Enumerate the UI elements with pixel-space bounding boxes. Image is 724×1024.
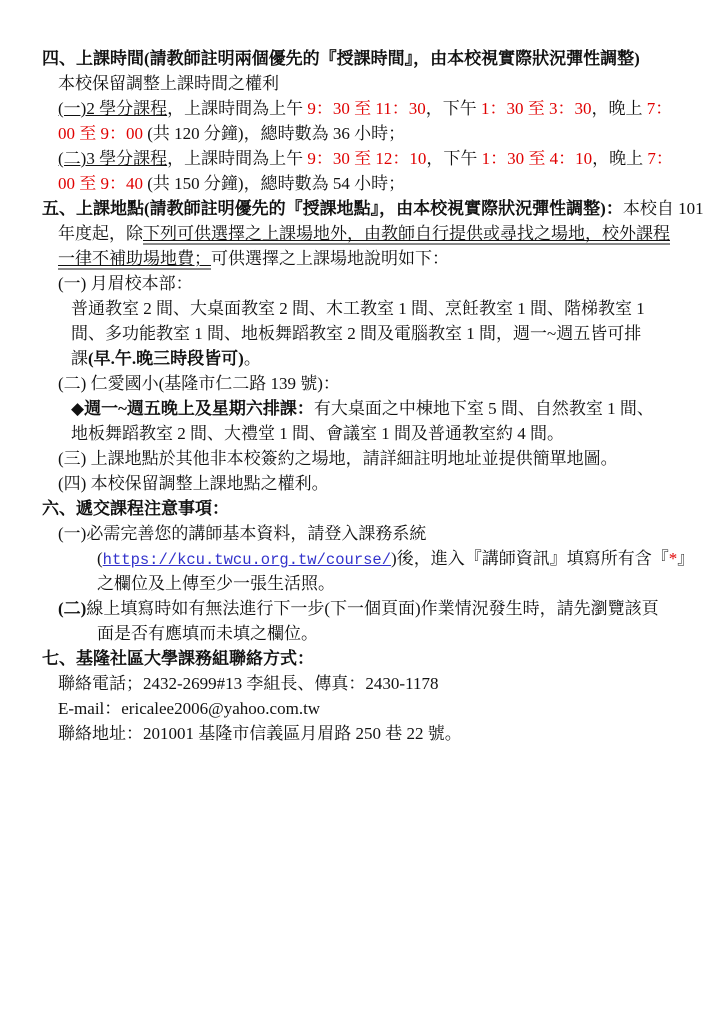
item-2-credit-line2: 00 至 9：00 (共 120 分鐘)，總時數為 36 小時； [58, 121, 724, 146]
text-run: 線上填寫時如有無法進行下一步(下一個頁面)作業情況發生時，請先瀏覽該頁 [86, 599, 658, 618]
section-4-heading: 四、上課時間(請教師註明兩個優先的『授課時間』，由本校視實際狀況彈性調整) [42, 46, 724, 71]
note-1-line3: 之欄位及上傳至少一張生活照。 [97, 571, 724, 596]
location-1-heading: (一) 月眉校本部： [58, 271, 724, 296]
section-5-line2: 年度起，除下列可供選擇之上課場地外，由教師自行提供或尋找之場地，校外課程 [58, 221, 724, 246]
location-2-heading: (二) 仁愛國小(基隆市仁二路 139 號)： [58, 371, 724, 396]
section-5-heading: 五、上課地點(請教師註明優先的『授課地點』，由本校視實際狀況彈性調整)：本校自 … [42, 196, 724, 221]
text-run: ，下午 [426, 149, 481, 168]
text-run: (一)必需完善您的講師基本資料，請登入課務系統 [58, 524, 426, 543]
text-run: (共 150 分鐘)，總時數為 54 小時； [143, 174, 405, 193]
text-run: (共 120 分鐘)，總時數為 36 小時； [143, 124, 405, 143]
note-1-line2: (https://kcu.twcu.org.tw/course/)後，進入『講師… [97, 546, 724, 571]
note-1-line1: (一)必需完善您的講師基本資料，請登入課務系統 [58, 521, 724, 546]
document-body: 四、上課時間(請教師註明兩個優先的『授課時間』，由本校視實際狀況彈性調整)本校保… [0, 46, 724, 746]
text-run: 七、基隆社區大學課務組聯絡方式： [42, 649, 314, 668]
text-run: 00 至 9：00 [58, 124, 143, 143]
text-run: (二) [58, 599, 86, 618]
text-run: 有大桌面之中棟地下室 5 間、自然教室 1 間、 [314, 399, 654, 418]
section-5-line3: 一律不補助場地費；可供選擇之上課場地說明如下： [58, 246, 724, 271]
location-3: (三) 上課地點於其他非本校簽約之場地，請詳細註明地址並提供簡單地圖。 [58, 446, 724, 471]
contact-phone: 聯絡電話；2432-2699#13 李組長、傳真：2430-1178 [58, 671, 724, 696]
course-system-link[interactable]: https://kcu.twcu.org.tw/course/ [103, 551, 391, 569]
text-run: 四、上課時間(請教師註明兩個優先的『授課時間』，由本校視實際狀況彈性調整) [42, 49, 640, 68]
text-run: (四) 本校保留調整上課地點之權利。 [58, 474, 329, 493]
note-2-line1: (二)線上填寫時如有無法進行下一步(下一個頁面)作業情況發生時，請先瀏覽該頁 [58, 596, 724, 621]
text-run: 六、遞交課程注意事項： [42, 499, 229, 518]
text-run: 普通教室 2 間、大桌面教室 2 間、木工教室 1 間、烹飪教室 1 間、階梯教… [71, 299, 645, 318]
text-run: ，晚上 [591, 99, 646, 118]
text-run: 1：30 至 4：10 [482, 149, 593, 168]
text-run: 間、多功能教室 1 間、地板舞蹈教室 2 間及電腦教室 1 間，週一~週五皆可排 [71, 324, 641, 343]
item-3-credit-line1: (二)3 學分課程，上課時間為上午 9：30 至 12：10，下午 1：30 至… [58, 146, 724, 171]
text-run: 』 [677, 549, 694, 568]
text-run: 7： [647, 99, 673, 118]
text-run: 1：30 至 3：30 [481, 99, 592, 118]
text-run: 聯絡電話；2432-2699#13 李組長、傳真：2430-1178 [58, 674, 438, 693]
location-1-line3: 課(早.午.晚三時段皆可)。 [71, 346, 724, 371]
text-run: 9：30 至 12：10 [307, 149, 426, 168]
text-run: 面是否有應填而未填之欄位。 [97, 624, 318, 643]
section-4-intro: 本校保留調整上課時間之權利 [58, 71, 724, 96]
text-run: 下列可供選擇之上課場地外，由教師自行提供或尋找之場地，校外課程 [143, 224, 670, 245]
text-run: ◆週一~週五晚上及星期六排課： [71, 399, 314, 418]
text-run: (二) 仁愛國小(基隆市仁二路 139 號)： [58, 374, 340, 393]
location-1-line1: 普通教室 2 間、大桌面教室 2 間、木工教室 1 間、烹飪教室 1 間、階梯教… [71, 296, 724, 321]
text-run: 聯絡地址：201001 基隆市信義區月眉路 250 巷 22 號。 [58, 724, 462, 743]
contact-address: 聯絡地址：201001 基隆市信義區月眉路 250 巷 22 號。 [58, 721, 724, 746]
location-2-line2: 地板舞蹈教室 2 間、大禮堂 1 間、會議室 1 間及普通教室約 4 間。 [71, 421, 724, 446]
text-run: (早.午.晚三時段皆可) [88, 349, 244, 368]
text-run: (一) 月眉校本部： [58, 274, 193, 293]
text-run: ，上課時間為上午 [167, 99, 307, 118]
text-run: 可供選擇之上課場地說明如下： [211, 249, 449, 268]
location-4: (四) 本校保留調整上課地點之權利。 [58, 471, 724, 496]
text-run: 本校保留調整上課時間之權利 [58, 74, 279, 93]
text-run: 。 [244, 349, 261, 368]
text-run: 地板舞蹈教室 2 間、大禮堂 1 間、會議室 1 間及普通教室約 4 間。 [71, 424, 564, 443]
text-run: 課 [71, 349, 88, 368]
text-run: 年度起，除 [58, 224, 143, 243]
text-run: 00 至 9：40 [58, 174, 143, 193]
text-run: E-mail：ericalee2006@yahoo.com.tw [58, 699, 320, 718]
text-run: ，上課時間為上午 [167, 149, 307, 168]
text-run: 本校自 101 [623, 199, 704, 218]
text-run: ，下午 [426, 99, 481, 118]
note-2-line2: 面是否有應填而未填之欄位。 [97, 621, 724, 646]
text-run: 一律不補助場地費； [58, 249, 211, 270]
location-2-line1: ◆週一~週五晚上及星期六排課：有大桌面之中棟地下室 5 間、自然教室 1 間、 [71, 396, 724, 421]
text-run: )後，進入『講師資訊』填寫所有含『 [391, 549, 669, 568]
document-page: 四、上課時間(請教師註明兩個優先的『授課時間』，由本校視實際狀況彈性調整)本校保… [0, 0, 724, 1024]
text-run: 9：30 至 11：30 [307, 99, 425, 118]
section-7-heading: 七、基隆社區大學課務組聯絡方式： [42, 646, 724, 671]
text-run: 之欄位及上傳至少一張生活照。 [97, 574, 335, 593]
text-run: (三) 上課地點於其他非本校簽約之場地，請詳細註明地址並提供簡單地圖。 [58, 449, 618, 468]
text-run: (一)2 學分課程 [58, 99, 167, 118]
text-run: 7： [647, 149, 673, 168]
text-run: ，晚上 [592, 149, 647, 168]
item-2-credit-line1: (一)2 學分課程，上課時間為上午 9：30 至 11：30，下午 1：30 至… [58, 96, 724, 121]
text-run: (二)3 學分課程 [58, 149, 167, 168]
item-3-credit-line2: 00 至 9：40 (共 150 分鐘)，總時數為 54 小時； [58, 171, 724, 196]
location-1-line2: 間、多功能教室 1 間、地板舞蹈教室 2 間及電腦教室 1 間，週一~週五皆可排 [71, 321, 724, 346]
contact-email: E-mail：ericalee2006@yahoo.com.tw [58, 696, 724, 721]
text-run: * [669, 549, 678, 568]
text-run: 五、上課地點(請教師註明優先的『授課地點』，由本校視實際狀況彈性調整)： [42, 199, 623, 218]
section-6-heading: 六、遞交課程注意事項： [42, 496, 724, 521]
